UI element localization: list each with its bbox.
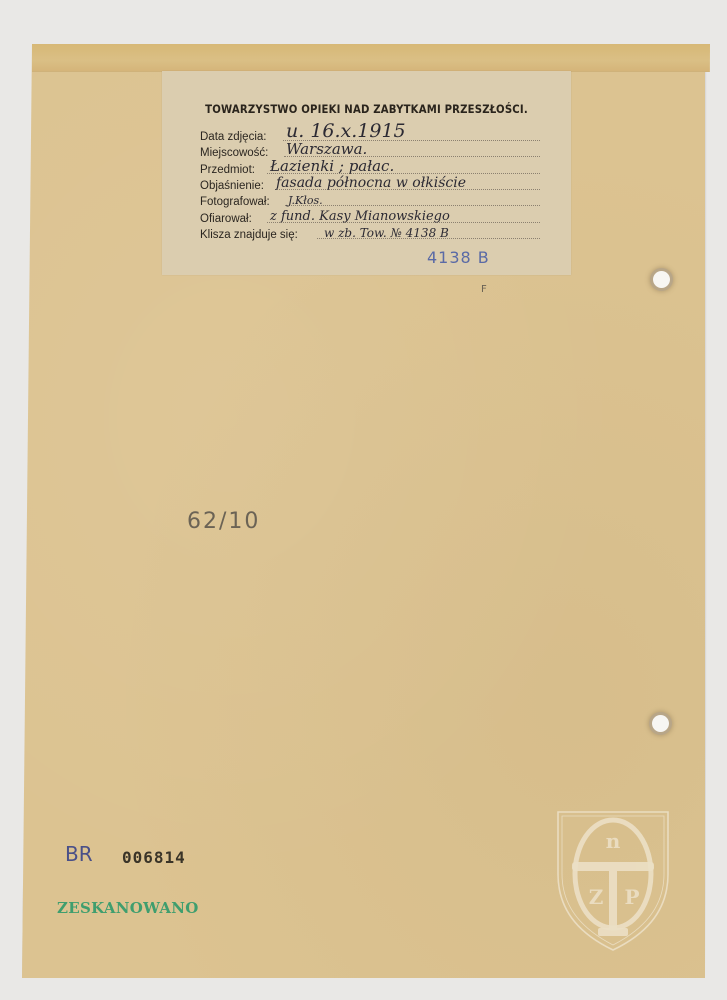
field-label: Objaśnienie:	[200, 180, 266, 192]
field-label: Miejscowość:	[200, 147, 270, 159]
scanned-stamp: ZESKANOWANO	[57, 899, 199, 917]
field-value: Łazienki ; pałac.	[270, 157, 394, 175]
field-label: Ofiarował:	[200, 213, 254, 225]
label-plate: TOWARZYSTWO OPIEKI NAD ZABYTKAMI PRZESZŁ…	[162, 71, 571, 275]
pencil-letter: F	[481, 284, 487, 295]
field-label: Przedmiot:	[200, 164, 257, 176]
field-value: Warszawa.	[286, 140, 367, 158]
br-handwritten-mark: BR	[65, 842, 93, 866]
field-value: J.Kłos.	[288, 194, 323, 207]
field-subject: Przedmiot: Łazienki ; pałac.	[200, 160, 540, 176]
field-photographer: Fotografował: J.Kłos.	[200, 192, 540, 208]
field-donor: Ofiarował: z fund. Kasy Mianowskiego	[200, 209, 540, 225]
field-value: u. 16.x.1915	[286, 120, 406, 142]
svg-text:n: n	[606, 829, 621, 853]
field-value: z fund. Kasy Mianowskiego	[270, 209, 450, 224]
field-description: Objaśnienie: fasada północna w ołkiście	[200, 176, 540, 192]
svg-text:Z: Z	[589, 885, 604, 909]
negative-number-blue: 4138 B	[427, 248, 490, 267]
field-label: Fotografował:	[200, 196, 272, 208]
field-negative-location: Klisza znajduje się: w zb. Tow. № 4138 B	[200, 225, 540, 241]
field-photo-date: Data zdjęcia: u. 16.x.1915	[200, 127, 540, 143]
field-label: Klisza znajduje się:	[200, 229, 300, 241]
field-label: Data zdjęcia:	[200, 131, 268, 143]
archive-card: TOWARZYSTWO OPIEKI NAD ZABYTKAMI PRZESZŁ…	[22, 44, 705, 978]
punch-hole-bottom	[652, 715, 669, 732]
dotted-line	[285, 205, 540, 206]
shield-emblem-icon: n Z P	[552, 804, 674, 954]
field-value: fasada północna w ołkiście	[276, 175, 466, 191]
society-title: TOWARZYSTWO OPIEKI NAD ZABYTKAMI PRZESZŁ…	[187, 102, 547, 116]
field-value: w zb. Tow. № 4138 B	[324, 226, 449, 240]
card-top-strip	[32, 44, 710, 72]
inventory-number-stamp: 006814	[122, 848, 186, 867]
pencil-signature: 62/10	[187, 509, 260, 534]
punch-hole-top	[653, 271, 670, 288]
svg-text:P: P	[624, 885, 639, 909]
